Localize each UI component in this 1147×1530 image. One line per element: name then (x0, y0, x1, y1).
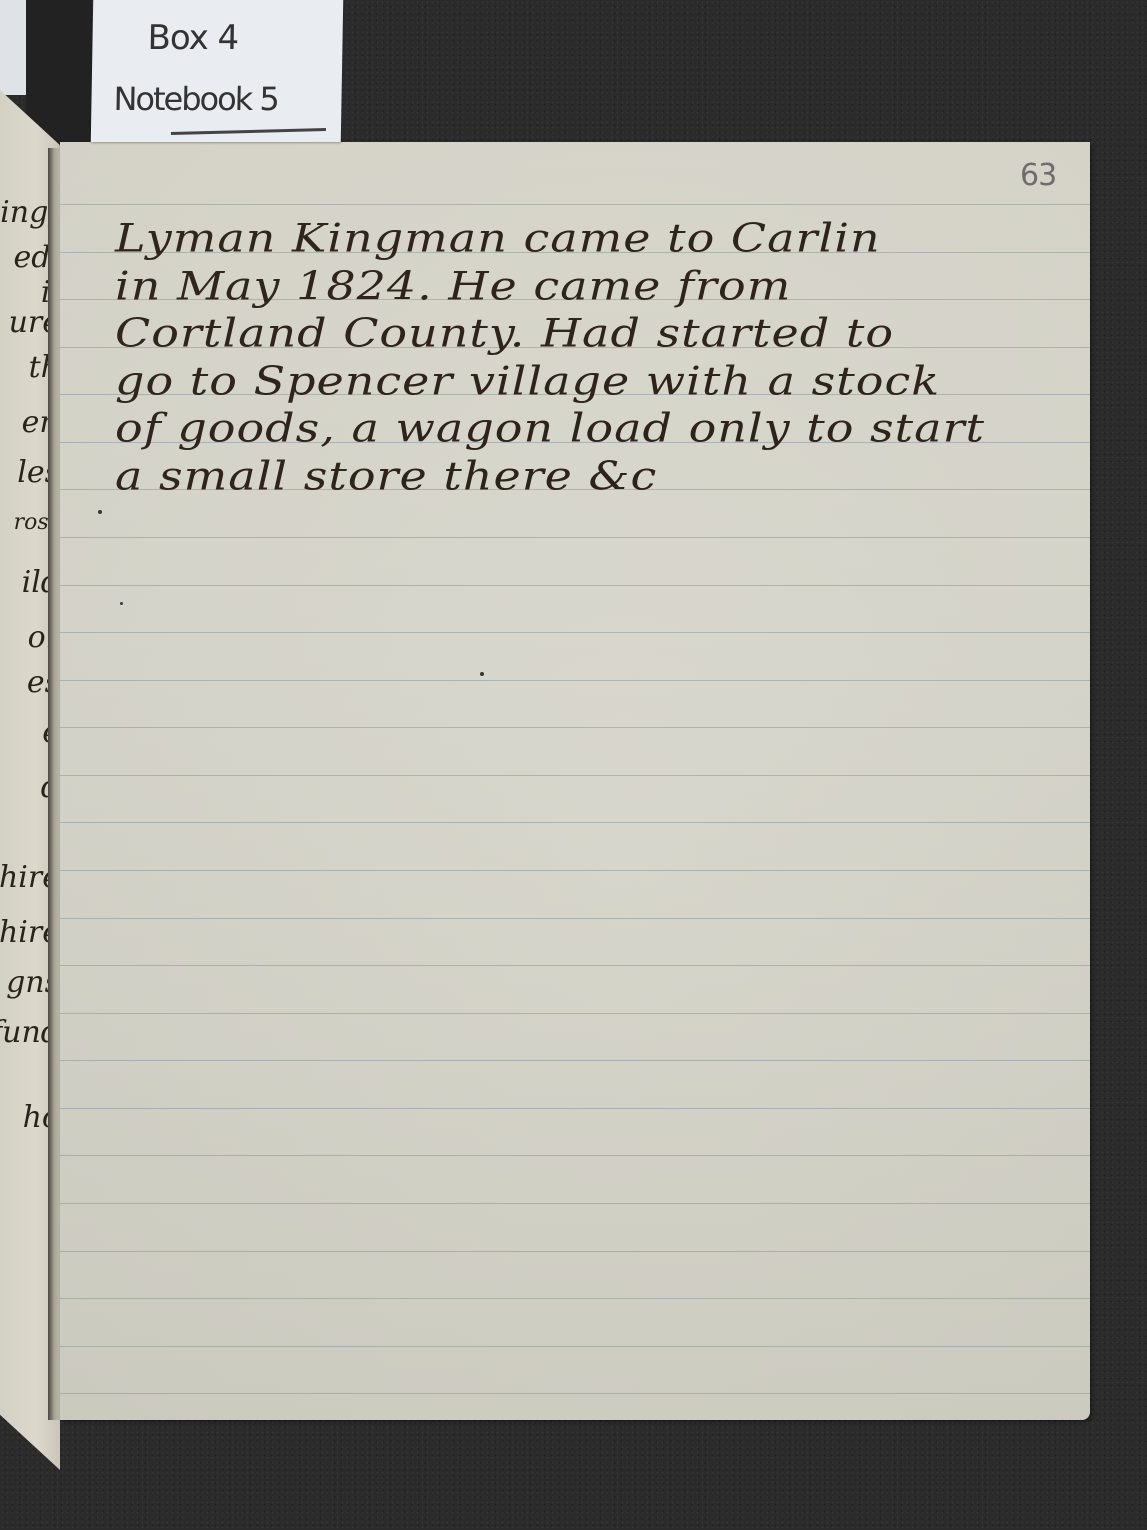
handwritten-line: Cortland County. Had started to (115, 310, 894, 356)
ruled-line (60, 822, 1090, 823)
handwritten-line: of goods, a wagon load only to start (115, 405, 985, 451)
page-number: 63 (1020, 158, 1056, 193)
ruled-line (60, 727, 1090, 728)
notebook-label: Notebook 5 (113, 80, 278, 118)
ruled-line (60, 537, 1090, 538)
ink-speck (98, 510, 102, 514)
ink-speck (120, 602, 123, 605)
notebook-page: 63 Lyman Kingman came to Carlin in May 1… (60, 142, 1090, 1420)
handwritten-line: go to Spencer village with a stock (115, 358, 940, 404)
ruled-line (60, 870, 1090, 871)
handwritten-line: a small store there &c (115, 453, 657, 499)
ruled-line (60, 1155, 1090, 1156)
handwritten-line: Lyman Kingman came to Carlin (115, 215, 881, 261)
ruled-line (60, 1393, 1090, 1394)
ruled-line (60, 1251, 1090, 1252)
ruled-line (60, 918, 1090, 919)
ruled-line (60, 632, 1090, 633)
ruled-line (60, 965, 1090, 966)
ruled-line (60, 585, 1090, 586)
archive-label-card: Box 4 Notebook 5 (91, 0, 343, 142)
ruled-line (60, 680, 1090, 681)
ruled-line (60, 1298, 1090, 1299)
ruled-line (60, 775, 1090, 776)
ruled-line (60, 1013, 1090, 1014)
label-underline (171, 128, 326, 135)
ruled-line (60, 1060, 1090, 1061)
box-label: Box 4 (147, 18, 238, 58)
ruled-line (60, 1203, 1090, 1204)
ruled-line (60, 204, 1090, 205)
ruled-line (60, 1346, 1090, 1347)
ink-speck (480, 672, 484, 676)
handwritten-line: in May 1824. He came from (115, 263, 791, 309)
ruled-line (60, 1108, 1090, 1109)
